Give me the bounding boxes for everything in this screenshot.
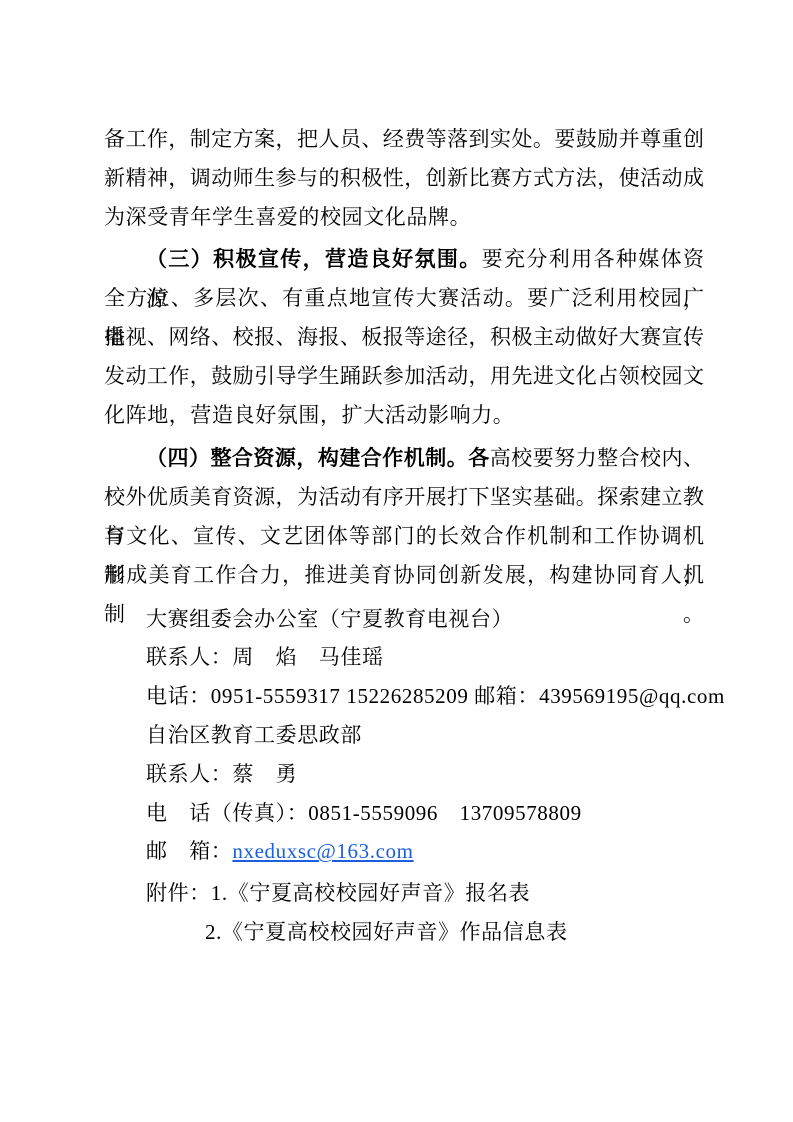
section-three-heading-line: （三）积极宣传，营造良好氛围。要充分利用各种媒体资源，: [104, 240, 704, 279]
section-four-heading-line: （四）整合资源，构建合作机制。各高校要努力整合校内、: [104, 439, 704, 478]
attachment-line-1: 附件：1.《宁夏高校校园好声音》报名表: [104, 874, 704, 913]
contact-dept-email-line: 邮 箱：nxeduxsc@163.com: [104, 832, 704, 871]
body-line: 为深受青年学生喜爱的校园文化品牌。: [104, 198, 704, 237]
body-line: 电视、网络、校报、海报、板报等途径，积极主动做好大赛宣传: [104, 318, 704, 357]
body-line: 化阵地，营造良好氛围，扩大活动影响力。: [104, 396, 704, 435]
section-four-lead: 高校要努力整合校内、: [490, 446, 704, 470]
body-line: 新精神，调动师生参与的积极性，创新比赛方式方法，使活动成: [104, 159, 704, 198]
body-line: 备工作，制定方案，把人员、经费等落到实处。要鼓励并尊重创: [104, 120, 704, 159]
contact-dept-person: 联系人：蔡 勇: [104, 755, 704, 794]
attachment-line-2: 2.《宁夏高校校园好声音》作品信息表: [104, 913, 704, 952]
email-label: 邮 箱：: [146, 839, 232, 863]
body-line: 发动工作，鼓励引导学生踊跃参加活动，用先进文化占领校园文: [104, 357, 704, 396]
body-line: 与文化、宣传、文艺团体等部门的长效合作机制和工作协调机制，: [104, 517, 704, 556]
contact-office-person: 联系人：周 焰 马佳瑶: [104, 638, 704, 677]
body-line: 校外优质美育资源，为活动有序开展打下坚实基础。探索建立教育: [104, 478, 704, 517]
contact-dept-phone-fax: 电 话（传真）：0851-5559096 13709578809: [104, 794, 704, 833]
section-three-heading: （三）积极宣传，营造良好氛围。: [146, 248, 482, 271]
document-body: 备工作，制定方案，把人员、经费等落到实处。要鼓励并尊重创 新精神，调动师生参与的…: [104, 120, 704, 952]
body-line: 全方位、多层次、有重点地宣传大赛活动。要广泛利用校园广播、: [104, 279, 704, 318]
body-line: 形成美育工作合力，推进美育协同创新发展，构建协同育人机制。: [104, 556, 704, 595]
contact-dept-org: 自治区教育工委思政部: [104, 716, 704, 755]
document-page: 备工作，制定方案，把人员、经费等落到实处。要鼓励并尊重创 新精神，调动师生参与的…: [0, 0, 793, 1122]
section-four-heading: （四）整合资源，构建合作机制。各: [146, 447, 490, 470]
email-link[interactable]: nxeduxsc@163.com: [232, 839, 413, 863]
contact-office-phone-email: 电话：0951-5559317 15226285209 邮箱：439569195…: [104, 677, 704, 716]
